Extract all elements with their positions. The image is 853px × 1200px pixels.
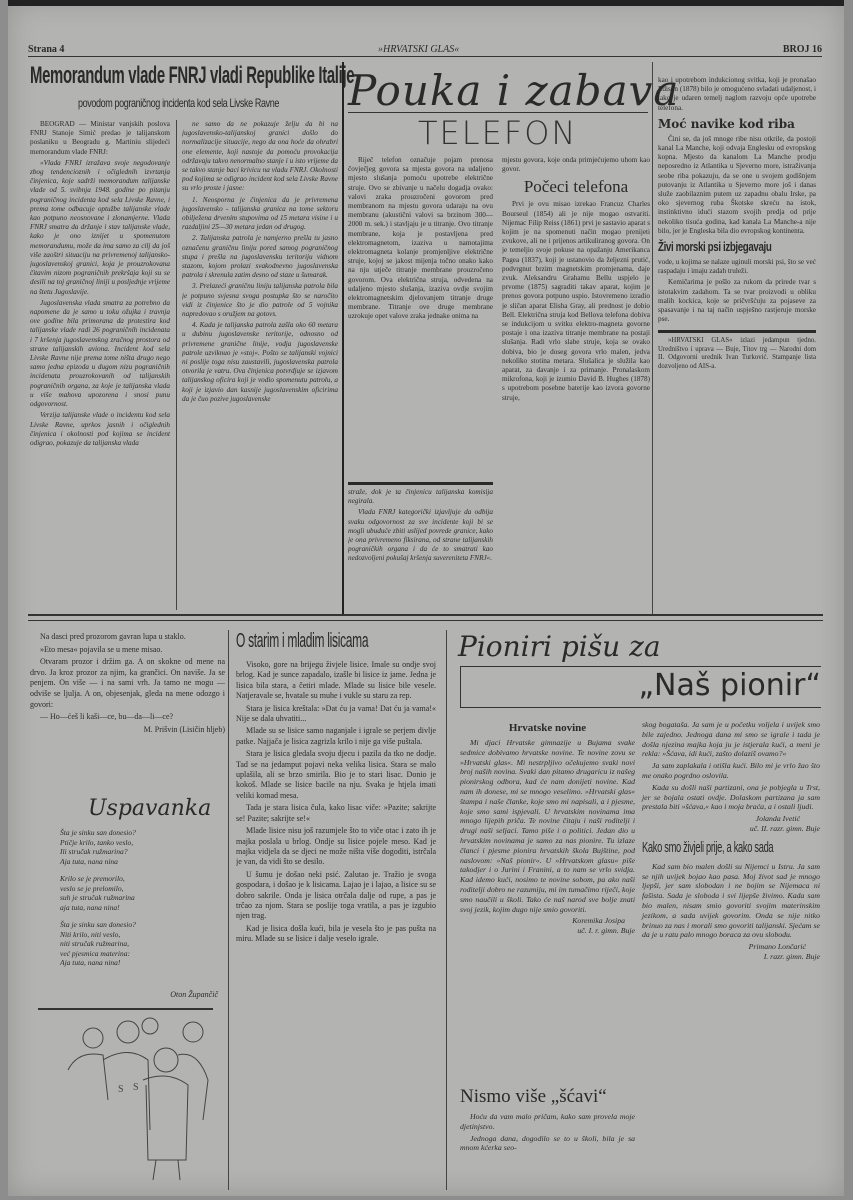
imprint: »HRVATSKI GLAS« izlazi jedampun tjedno. … xyxy=(658,337,816,371)
memorandum-paragraph: Vlada FNRJ kategorički izjavljuje da odb… xyxy=(348,508,493,563)
poem-author: Oton Župančič xyxy=(108,990,218,999)
masthead: Strana 4 »HRVATSKI GLAS« BROJ 16 xyxy=(28,44,822,57)
telefon-column-2: mjestu govora, koje onda primjećujemo uh… xyxy=(502,156,650,616)
page-divider xyxy=(28,614,823,616)
nismo-vise-scavi-title: Nismo više „šćavi“ xyxy=(460,1086,607,1108)
lisice-story: Visoko, gore na brijegu živjele lisice. … xyxy=(236,660,436,1180)
poem-line: Šta je sinku san donesio? xyxy=(60,920,220,930)
telefon-paragraph: mjestu govora, koje onda primjećujemo uh… xyxy=(502,156,650,174)
story-paragraph: Na dasci pred prozorom gavran lupa u sta… xyxy=(30,632,225,643)
story-signature: M. Prišvin (Lisičin hljeb) xyxy=(30,725,225,736)
column-divider xyxy=(228,630,229,1190)
author-name: Koremika Josipa xyxy=(460,916,635,926)
imprint-rule xyxy=(658,330,816,333)
memorandum-point-2: 2. Talijanska patrola je namjerno prešla… xyxy=(182,234,338,280)
memorandum-paragraph: Jugoslavenska vlada smatra za potrebno d… xyxy=(30,299,170,409)
pioneers-illustration-icon: SS xyxy=(38,1010,213,1180)
section-title: Pouka i zabava xyxy=(348,66,679,115)
column-divider xyxy=(176,120,177,610)
column-divider xyxy=(446,630,447,1190)
telefon-paragraph: Prvi je ovu misao izrekao Francuz Charle… xyxy=(502,200,650,402)
memorandum-column-2: ne samo da ne pokazuje želju da bi na ju… xyxy=(182,120,338,610)
memorandum-title: Memorandum vlade FNRJ vladi Republike It… xyxy=(30,62,354,90)
story-paragraph: Visoko, gore na brijegu živjele lisice. … xyxy=(236,660,436,702)
story-paragraph: Tada je stara lisica čula, kako lisac vi… xyxy=(236,803,436,824)
column-divider xyxy=(342,62,344,614)
story-paragraph: Stara je lisica kreštala: »Dat ću ja vam… xyxy=(236,704,436,725)
story-paragraph: »Eto mesa« pojavila se u mene misao. xyxy=(30,645,225,656)
nas-pionir-title: „Naš pionir“ xyxy=(639,667,822,705)
right-pioneer-column: skog bogataša. Ja sam je u početku volje… xyxy=(642,720,820,1190)
pioniri-title-box: „Naš pionir“ xyxy=(460,666,821,708)
story-paragraph: Mlade lisice nisu još razumjele što to v… xyxy=(236,826,436,868)
poem-line: Niti krilo, niti veslo, xyxy=(60,930,220,940)
story-paragraph: Kad je lisica došla kući, bila je vesela… xyxy=(236,924,436,945)
story-paragraph: Mlade su se lisice samo naganjale i igra… xyxy=(236,726,436,747)
poem-line: Ili stručak ružmarina? xyxy=(60,847,220,857)
hrvatske-novine-title: Hrvatske novine xyxy=(460,720,635,736)
author-name: Primano Lončarić xyxy=(642,942,820,952)
memorandum-column-1: BEOGRAD — Ministar vanjskih poslova FNRJ… xyxy=(30,120,170,610)
article-text: Mi djaci Hrvatske gimnazije u Bujama sva… xyxy=(460,738,635,914)
newspaper-name: »HRVATSKI GLAS« xyxy=(378,44,459,55)
memorandum-point-1: 1. Neosporna je činjenica da je privreme… xyxy=(182,196,338,233)
poem-line: aja tuta, nana nina! xyxy=(60,903,220,913)
author-class: uč. I. r. gimn. Buje xyxy=(460,926,635,936)
memorandum-lead: BEOGRAD — Ministar vanjskih poslova FNRJ… xyxy=(30,120,170,157)
title-rule xyxy=(348,112,648,113)
memorandum-column-3: straže, dok je ta činjenicu talijanska k… xyxy=(348,488,493,608)
poem-title: Uspavanka xyxy=(88,796,211,821)
article-text: Jednoga dana, dogodilo se to u školi, bi… xyxy=(460,1134,635,1154)
author-name: Jolanda Ivetić xyxy=(642,814,820,824)
memorandum-paragraph: ne samo da ne pokazuje želju da bi na ju… xyxy=(182,120,338,194)
poem-line: veslo se je prelomilo, xyxy=(60,884,220,894)
story-paragraph: U šumu je došao neki psić. Zalutao je. T… xyxy=(236,870,436,922)
poem-line: Aja tuta, nana nina xyxy=(60,857,220,867)
article-text: Kad sam bio malen došli su Nijemci u Ist… xyxy=(642,862,820,940)
memorandum-point-4: 4. Kada je talijanska patrola zašla oko … xyxy=(182,321,338,404)
section-divider xyxy=(348,482,493,485)
page-edge xyxy=(8,0,844,6)
article-title: TELEFON xyxy=(418,114,577,152)
newspaper-page: Strana 4 »HRVATSKI GLAS« BROJ 16 Memoran… xyxy=(8,0,844,1196)
hrvatske-novine-article: Hrvatske novine Mi djaci Hrvatske gimnaz… xyxy=(460,720,635,1070)
article-text: Kada su došli naši partizani, ona je pob… xyxy=(642,783,820,812)
telefon-column-1: Riječ telefon označuje pojam prenosa čov… xyxy=(348,156,493,516)
story-paragraph: Otvaram prozor i držim ga. A on skokne o… xyxy=(30,657,225,710)
poem-line: suh je stručak ružmarina xyxy=(60,893,220,903)
moc-navike-title: Moć navike kod riba xyxy=(658,116,816,132)
kako-smo-zivjeli-title: Kako smo živjeli prije, a kako sada xyxy=(642,838,752,858)
morski-psi-title: Živi morski psi izbjegavaju xyxy=(658,239,777,255)
right-column: kao i upotrebom indukcionog svitka, koji… xyxy=(658,76,816,616)
poem-line: niti stručak ružmarina, xyxy=(60,939,220,949)
memorandum-subtitle: povodom pograničnog incidenta kod sela L… xyxy=(78,96,279,110)
lisice-title: O starim i mladim lisicama xyxy=(236,630,368,653)
article-text: Hoću da vam malo pričam, kako sam provel… xyxy=(460,1112,635,1132)
page-divider xyxy=(28,620,823,621)
memorandum-paragraph: Verzija talijanske vlade o incidentu kod… xyxy=(30,411,170,448)
poem-line: Aja tuta, nana nina! xyxy=(60,958,220,968)
article-text: Ja sam zaplakala i otišla kući. Bilo mi … xyxy=(642,761,820,781)
poem-body: Šta je sinku san donesio? Ptičje krilo, … xyxy=(60,828,220,968)
column-divider xyxy=(652,62,653,614)
scavi-article-start: Hoću da vam malo pričam, kako sam provel… xyxy=(460,1112,635,1155)
article-text: skog bogataša. Ja sam je u početku volje… xyxy=(642,720,820,759)
telefon-continuation: kao i upotrebom indukcionog svitka, koji… xyxy=(658,76,816,113)
telefon-subheading: Počeci telefona xyxy=(502,176,650,198)
story-paragraph: — Ho—ćeš li kaši—ce, bu—da—li—ce? xyxy=(30,712,225,723)
pioniri-script-title: Pioniri pišu za xyxy=(458,630,661,663)
author-class: uč. II. razr. gimn. Buje xyxy=(642,824,820,834)
memorandum-point-3: 3. Prelazeći graničnu liniju talijanska … xyxy=(182,282,338,319)
moc-navike-text: Čini se, da još mnoge ribe nisu otkrile,… xyxy=(658,135,816,236)
memorandum-paragraph: straže, dok je ta činjenicu talijanska k… xyxy=(348,488,493,506)
morski-psi-text: Kemičarima je pošlo za rukom da prirede … xyxy=(658,278,816,324)
svg-text:S: S xyxy=(118,1084,124,1095)
gavran-story: Na dasci pred prozorom gavran lupa u sta… xyxy=(30,632,225,782)
poem-line: Ptičje krilo, tanko veslo, xyxy=(60,838,220,848)
poem-line: Šta je sinku san donesio? xyxy=(60,828,220,838)
page-label: Strana 4 xyxy=(28,44,64,55)
svg-text:S: S xyxy=(133,1082,139,1093)
story-paragraph: Stara je lisica gledala svoju djecu i pa… xyxy=(236,749,436,801)
memorandum-paragraph: »Vlada FNRJ izražava svoje negodovanje z… xyxy=(30,159,170,297)
morski-psi-text: vode, u kojima se nalaze uginuli morski … xyxy=(658,258,816,276)
poem-line: Krilo se je premorilo, xyxy=(60,874,220,884)
issue-number: BROJ 16 xyxy=(783,44,822,55)
author-class: I. razr. gimn. Buje xyxy=(642,952,820,962)
telefon-paragraph: Riječ telefon označuje pojam prenosa čov… xyxy=(348,156,493,322)
poem-line: već pjesmica materina: xyxy=(60,949,220,959)
